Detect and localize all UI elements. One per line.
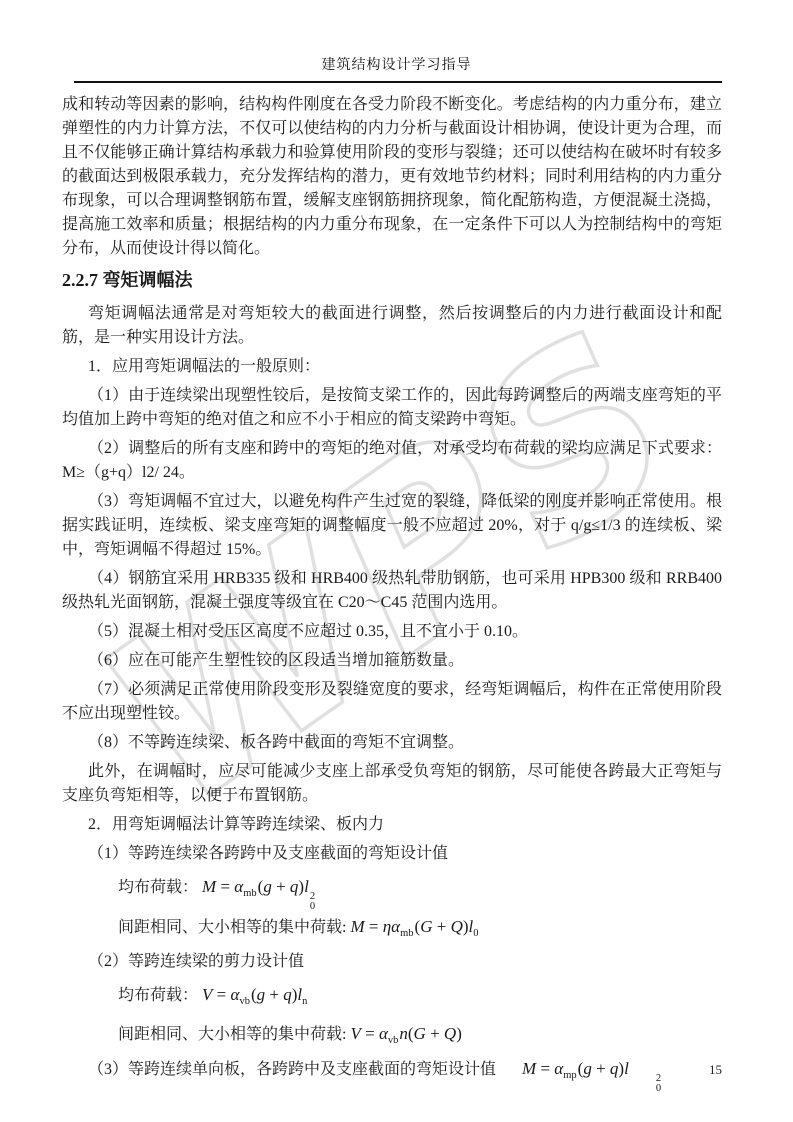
list2-title: 2．用弯矩调幅法计算等跨连续梁、板内力 <box>62 813 722 837</box>
calc-item-1: （1）等跨连续梁各跨跨中及支座截面的弯矩设计值 <box>62 842 722 866</box>
calc-item-2: （2）等跨连续梁的剪力设计值 <box>62 950 722 974</box>
formula-math: M = ηαmb(G + Q)l0 <box>350 917 479 936</box>
list-item-7: （7）必须满足正常使用阶段变形及裂缝宽度的要求，经弯矩调幅后，构件在正常使用阶段… <box>62 678 722 726</box>
formula-label: 间距相同、大小相等的集中荷载: <box>118 1026 346 1043</box>
formula-label: 间距相同、大小相等的集中荷载: <box>118 919 346 936</box>
formula-label: 均布荷载： <box>118 879 198 896</box>
list-item-6: （6）应在可能产生塑性铰的区段适当增加箍筋数量。 <box>62 649 722 673</box>
formula-math: M = αmb(g + q)l20 <box>202 877 315 896</box>
header-title: 建筑结构设计学习指导 <box>0 56 793 76</box>
formula-shear-concentrated: 间距相同、大小相等的集中荷载: V = αvbn(G + Q) <box>62 1018 722 1057</box>
formula-moment-concentrated: 间距相同、大小相等的集中荷载: M = ηαmb(G + Q)l0 <box>62 911 722 950</box>
list-item-2: （2）调整后的所有支座和跨中的弯矩的绝对值，对承受均布荷载的梁均应满足下式要求：… <box>62 437 722 485</box>
page-content: 成和转动等因素的影响，结构构件刚度在各受力阶段不断变化。考虑结构的内力重分布，建… <box>62 93 722 1093</box>
list-item-4: （4）钢筋宜采用 HRB335 级和 HRB400 级热轧带肋钢筋，也可采用 H… <box>62 567 722 615</box>
section-heading: 2.2.7 弯矩调幅法 <box>62 267 722 293</box>
list-item-1: （1）由于连续梁出现塑性铰后，是按简支梁工作的，因此每跨调整后的两端支座弯矩的平… <box>62 384 722 432</box>
intro-paragraph: 成和转动等因素的影响，结构构件刚度在各受力阶段不断变化。考虑结构的内力重分布，建… <box>62 93 722 261</box>
formula-math: V = αvbn(G + Q) <box>350 1024 461 1043</box>
formula-label: 均布荷载： <box>118 987 198 1004</box>
lead-paragraph: 弯矩调幅法通常是对弯矩较大的截面进行调整，然后按调整后的内力进行截面设计和配筋，… <box>62 302 722 350</box>
formula-moment-uniform: 均布荷载： M = αmb(g + q)l20 <box>62 871 722 911</box>
header-rule <box>74 81 722 83</box>
page-number: 15 <box>62 1062 722 1078</box>
list-item-5: （5）混凝土相对受压区高度不应超过 0.35，且不宜小于 0.10。 <box>62 620 722 644</box>
formula-shear-uniform: 均布荷载： V = αvb(g + q)ln <box>62 979 722 1018</box>
document-page: 建筑结构设计学习指导 成和转动等因素的影响，结构构件刚度在各受力阶段不断变化。考… <box>0 56 793 1093</box>
extra-paragraph: 此外，在调幅时，应尽可能减少支座上部承受负弯矩的钢筋，尽可能使各跨最大正弯矩与支… <box>62 760 722 808</box>
list-item-3: （3）弯矩调幅不宜过大，以避免构件产生过宽的裂缝，降低梁的刚度并影响正常使用。根… <box>62 490 722 562</box>
formula-math: V = αvb(g + q)ln <box>202 985 308 1004</box>
list-item-8: （8）不等跨连续梁、板各跨中截面的弯矩不宜调整。 <box>62 731 722 755</box>
list1-title: 1．应用弯矩调幅法的一般原则： <box>62 355 722 379</box>
